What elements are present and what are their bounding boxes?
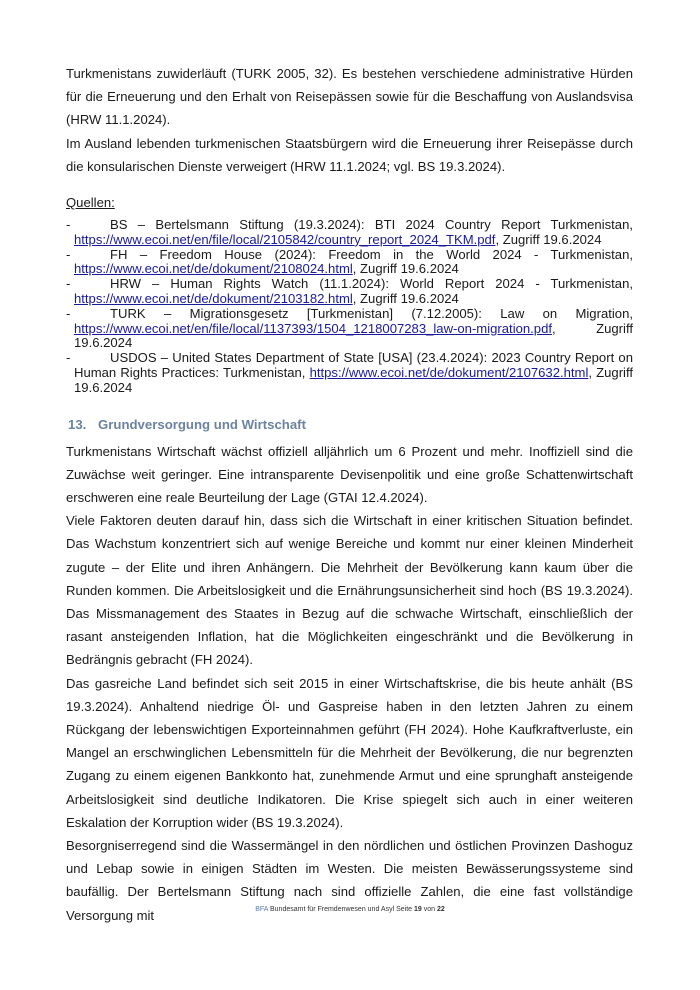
source-item: -TURK – Migrationsgesetz [Turkmenistan] … bbox=[66, 307, 633, 351]
paragraph: Das gasreiche Land befindet sich seit 20… bbox=[66, 672, 633, 834]
page-label: Seite bbox=[396, 906, 412, 913]
source-link[interactable]: https://www.ecoi.net/de/dokument/2107632… bbox=[310, 365, 589, 380]
list-dash: - bbox=[66, 351, 70, 366]
list-dash: - bbox=[66, 307, 70, 322]
paragraph: Turkmenistans Wirtschaft wächst offiziel… bbox=[66, 440, 633, 510]
source-suffix: , Zugriff 19.6.2024 bbox=[353, 291, 459, 306]
list-dash: - bbox=[66, 248, 70, 263]
paragraph: Viele Faktoren deuten darauf hin, dass s… bbox=[66, 509, 633, 671]
section-heading: 13.Grundversorgung und Wirtschaft bbox=[66, 416, 633, 434]
source-text: TURK – Migrationsgesetz [Turkmenistan] (… bbox=[110, 306, 633, 321]
section-title: Grundversorgung und Wirtschaft bbox=[98, 417, 306, 432]
sources-label: Quellen: bbox=[66, 194, 633, 212]
sources-list: -BS – Bertelsmann Stiftung (19.3.2024): … bbox=[66, 218, 633, 396]
source-suffix: , Zugriff 19.6.2024 bbox=[353, 261, 459, 276]
page-total: 22 bbox=[437, 906, 445, 913]
page-current: 19 bbox=[414, 906, 422, 913]
page-of: von bbox=[424, 906, 435, 913]
source-item: -HRW – Human Rights Watch (11.1.2024): W… bbox=[66, 277, 633, 307]
source-text: BS – Bertelsmann Stiftung (19.3.2024): B… bbox=[110, 217, 633, 232]
source-text: HRW – Human Rights Watch (11.1.2024): Wo… bbox=[110, 276, 633, 291]
source-item: -FH – Freedom House (2024): Freedom in t… bbox=[66, 248, 633, 278]
source-item: -USDOS – United States Department of Sta… bbox=[66, 351, 633, 395]
org-abbreviation: BFA bbox=[255, 906, 268, 913]
page-footer: BFA Bundesamt für Fremdenwesen und Asyl … bbox=[0, 906, 700, 913]
source-link[interactable]: https://www.ecoi.net/en/file/local/11373… bbox=[74, 321, 552, 336]
source-suffix: , Zugriff 19.6.2024 bbox=[495, 232, 601, 247]
list-dash: - bbox=[66, 277, 70, 292]
source-link[interactable]: https://www.ecoi.net/de/dokument/2103182… bbox=[74, 291, 353, 306]
org-name: Bundesamt für Fremdenwesen und Asyl bbox=[270, 906, 394, 913]
list-dash: - bbox=[66, 218, 70, 233]
source-item: -BS – Bertelsmann Stiftung (19.3.2024): … bbox=[66, 218, 633, 248]
source-text: FH – Freedom House (2024): Freedom in th… bbox=[110, 247, 633, 262]
source-link[interactable]: https://www.ecoi.net/en/file/local/21058… bbox=[74, 232, 495, 247]
paragraph: Im Ausland lebenden turkmenischen Staats… bbox=[66, 132, 633, 178]
document-page: Turkmenistans zuwiderläuft (TURK 2005, 3… bbox=[66, 62, 633, 927]
section-number: 13. bbox=[66, 416, 98, 434]
source-link[interactable]: https://www.ecoi.net/de/dokument/2108024… bbox=[74, 261, 353, 276]
paragraph: Turkmenistans zuwiderläuft (TURK 2005, 3… bbox=[66, 62, 633, 132]
